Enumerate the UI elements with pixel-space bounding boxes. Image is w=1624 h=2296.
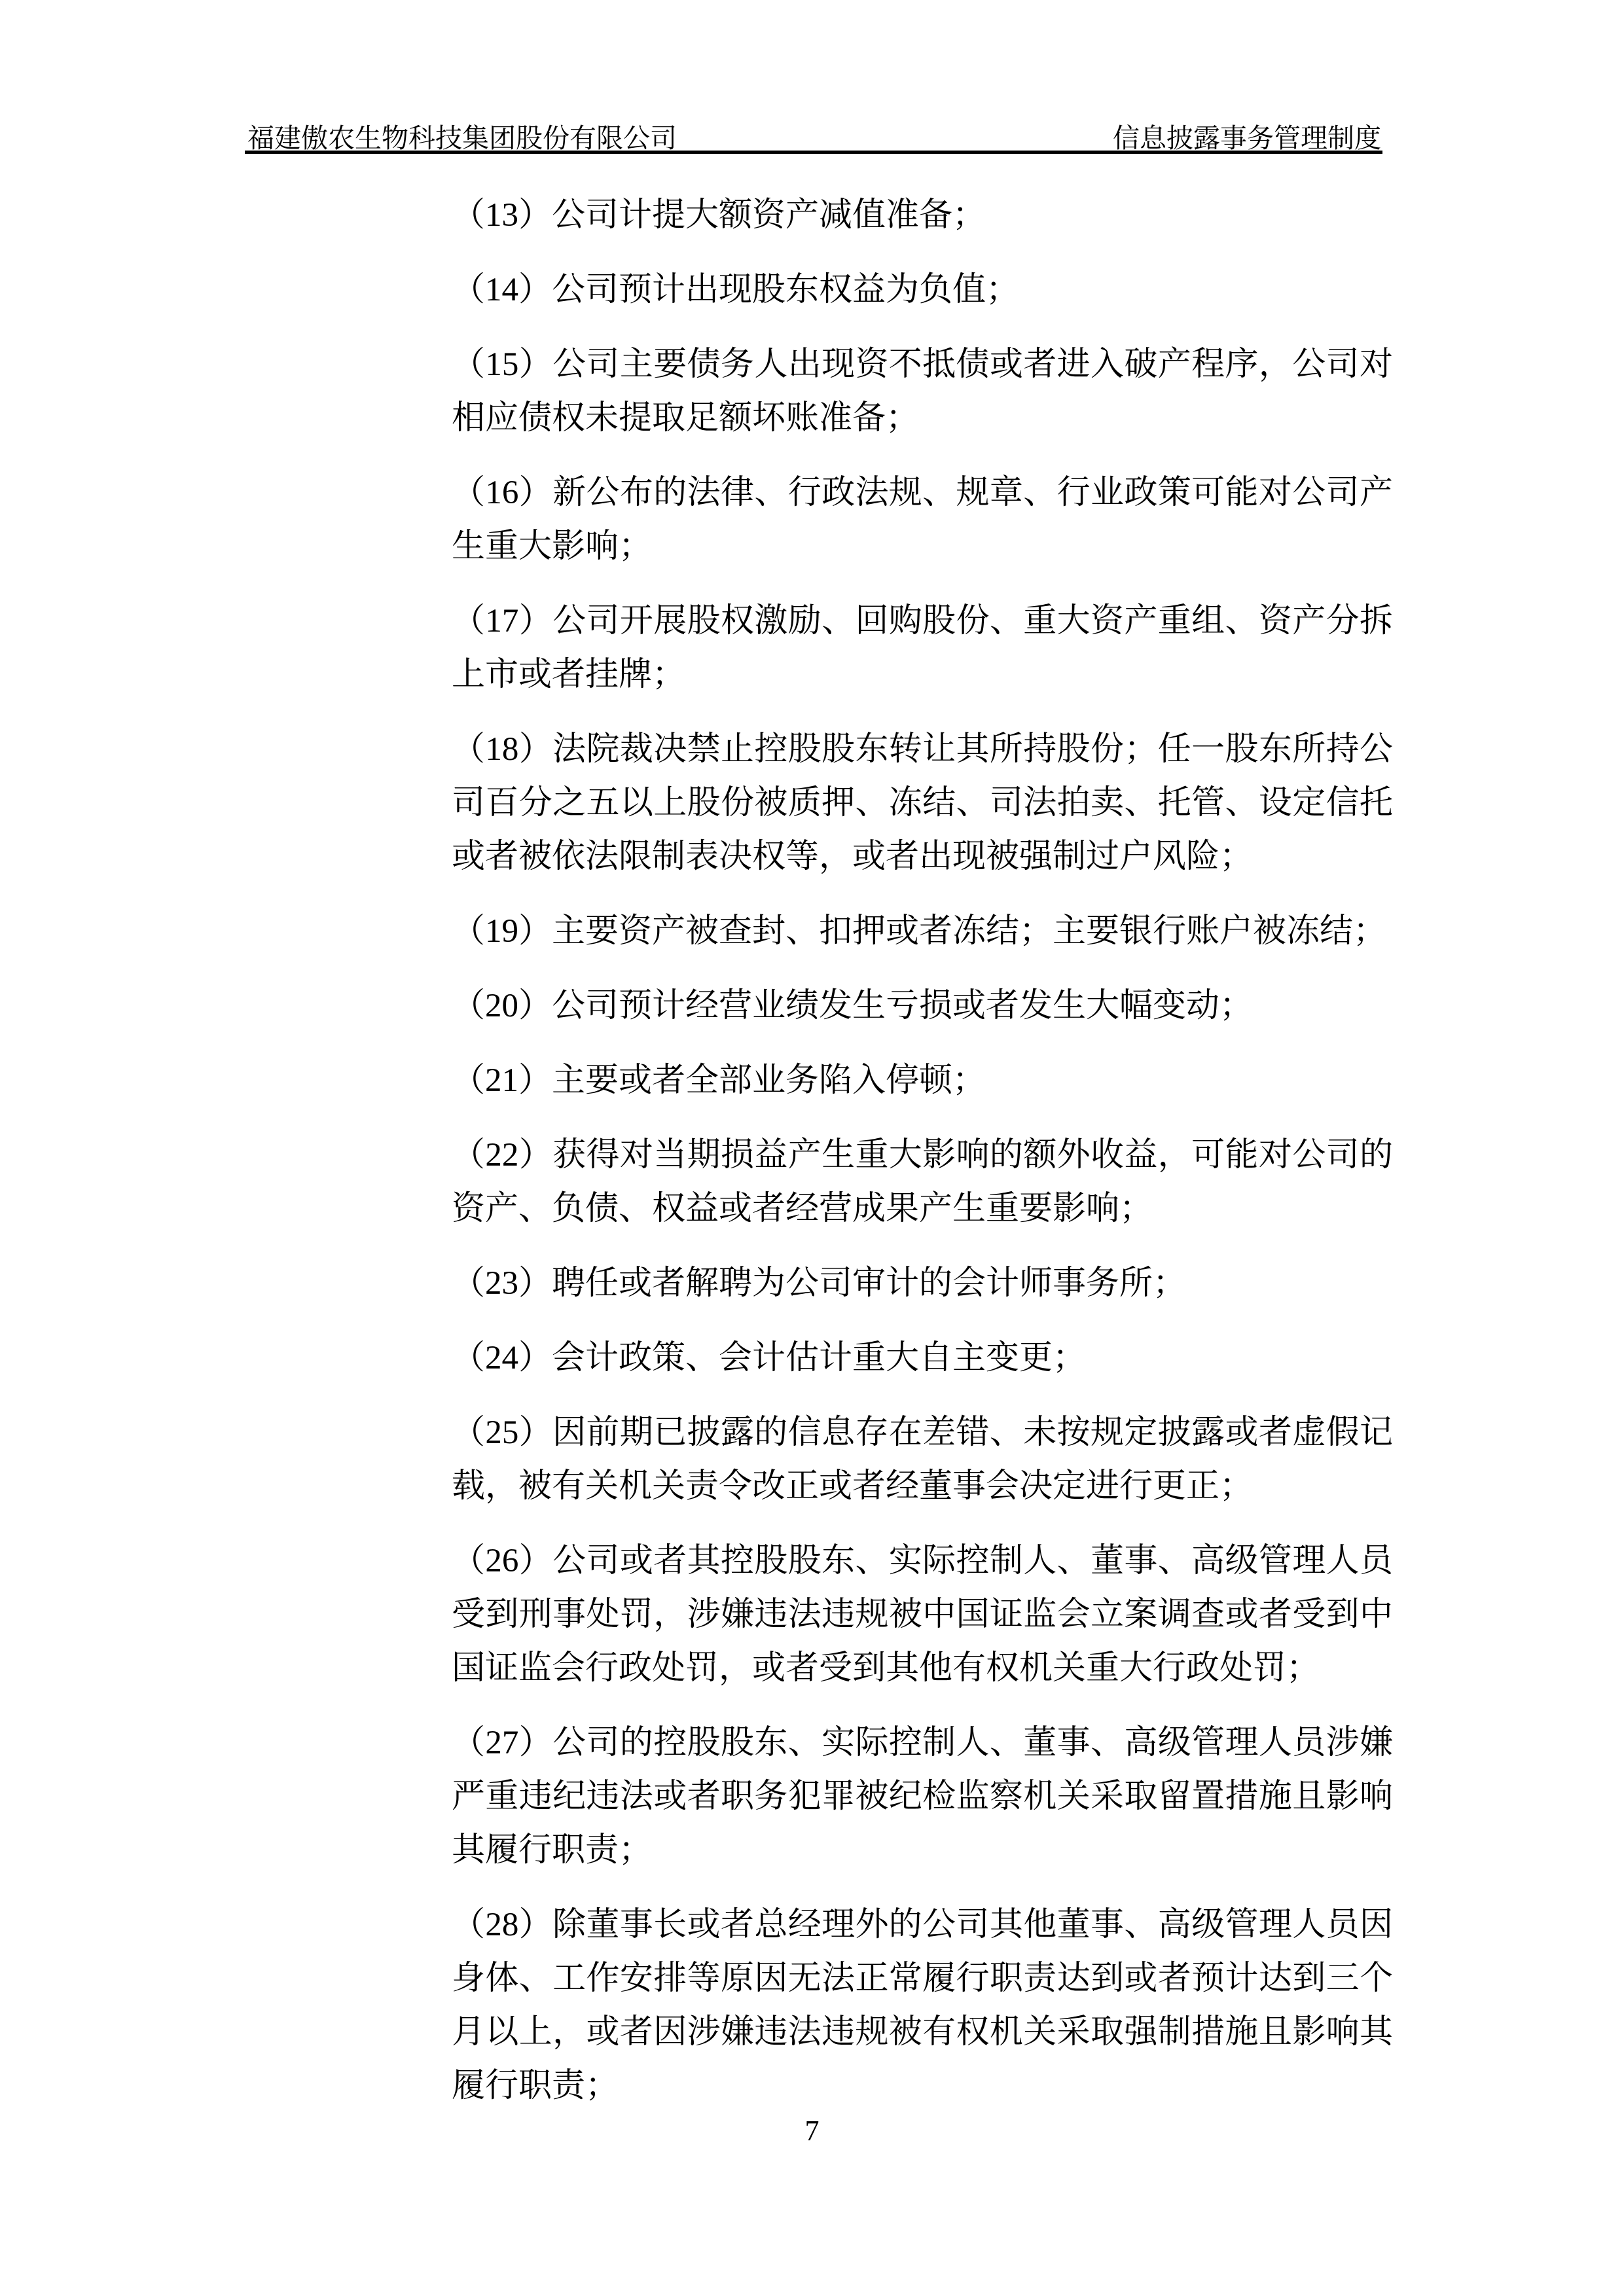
list-item: （20）公司预计经营业绩发生亏损或者发生大幅变动；: [452, 979, 1393, 1033]
page-footer: 7: [0, 2113, 1624, 2149]
header-company-name: 福建傲农生物科技集团股份有限公司: [247, 122, 677, 154]
list-item: （14）公司预计出现股东权益为负值；: [452, 263, 1393, 317]
list-item: （13）公司计提大额资产减值准备；: [452, 188, 1393, 242]
list-item: （25）因前期已披露的信息存在差错、未按规定披露或者虚假记载，被有关机关责令改正…: [452, 1406, 1393, 1513]
list-item: （15）公司主要债务人出现资不抵债或者进入破产程序，公司对相应债权未提取足额坏账…: [452, 338, 1393, 445]
list-item: （19）主要资产被查封、扣押或者冻结；主要银行账户被冻结；: [452, 905, 1393, 958]
list-item: （16）新公布的法律、行政法规、规章、行业政策可能对公司产生重大影响；: [452, 466, 1393, 573]
page-number: 7: [805, 2115, 820, 2147]
list-item: （22）获得对当期损益产生重大影响的额外收益，可能对公司的资产、负债、权益或者经…: [452, 1128, 1393, 1236]
page-header: 福建傲农生物科技集团股份有限公司 信息披露事务管理制度: [247, 122, 1381, 154]
list-item: （28）除董事长或者总经理外的公司其他董事、高级管理人员因身体、工作安排等原因无…: [452, 1898, 1393, 2113]
document-page: 福建傲农生物科技集团股份有限公司 信息披露事务管理制度 （13）公司计提大额资产…: [0, 0, 1624, 2296]
list-item: （26）公司或者其控股股东、实际控制人、董事、高级管理人员受到刑事处罚，涉嫌违法…: [452, 1534, 1393, 1695]
list-item: （17）公司开展股权激励、回购股份、重大资产重组、资产分拆上市或者挂牌；: [452, 594, 1393, 702]
list-item: （21）主要或者全部业务陷入停顿；: [452, 1054, 1393, 1107]
list-item: （18）法院裁决禁止控股股东转让其所持股份；任一股东所持公司百分之五以上股份被质…: [452, 723, 1393, 884]
header-document-title: 信息披露事务管理制度: [1113, 122, 1381, 154]
document-body: （13）公司计提大额资产减值准备； （14）公司预计出现股东权益为负值； （15…: [452, 188, 1393, 2113]
header-divider-rule: [245, 151, 1382, 154]
list-item: （24）会计政策、会计估计重大自主变更；: [452, 1331, 1393, 1385]
list-item: （23）聘任或者解聘为公司审计的会计师事务所；: [452, 1257, 1393, 1310]
list-item: （27）公司的控股股东、实际控制人、董事、高级管理人员涉嫌严重违纪违法或者职务犯…: [452, 1716, 1393, 1877]
